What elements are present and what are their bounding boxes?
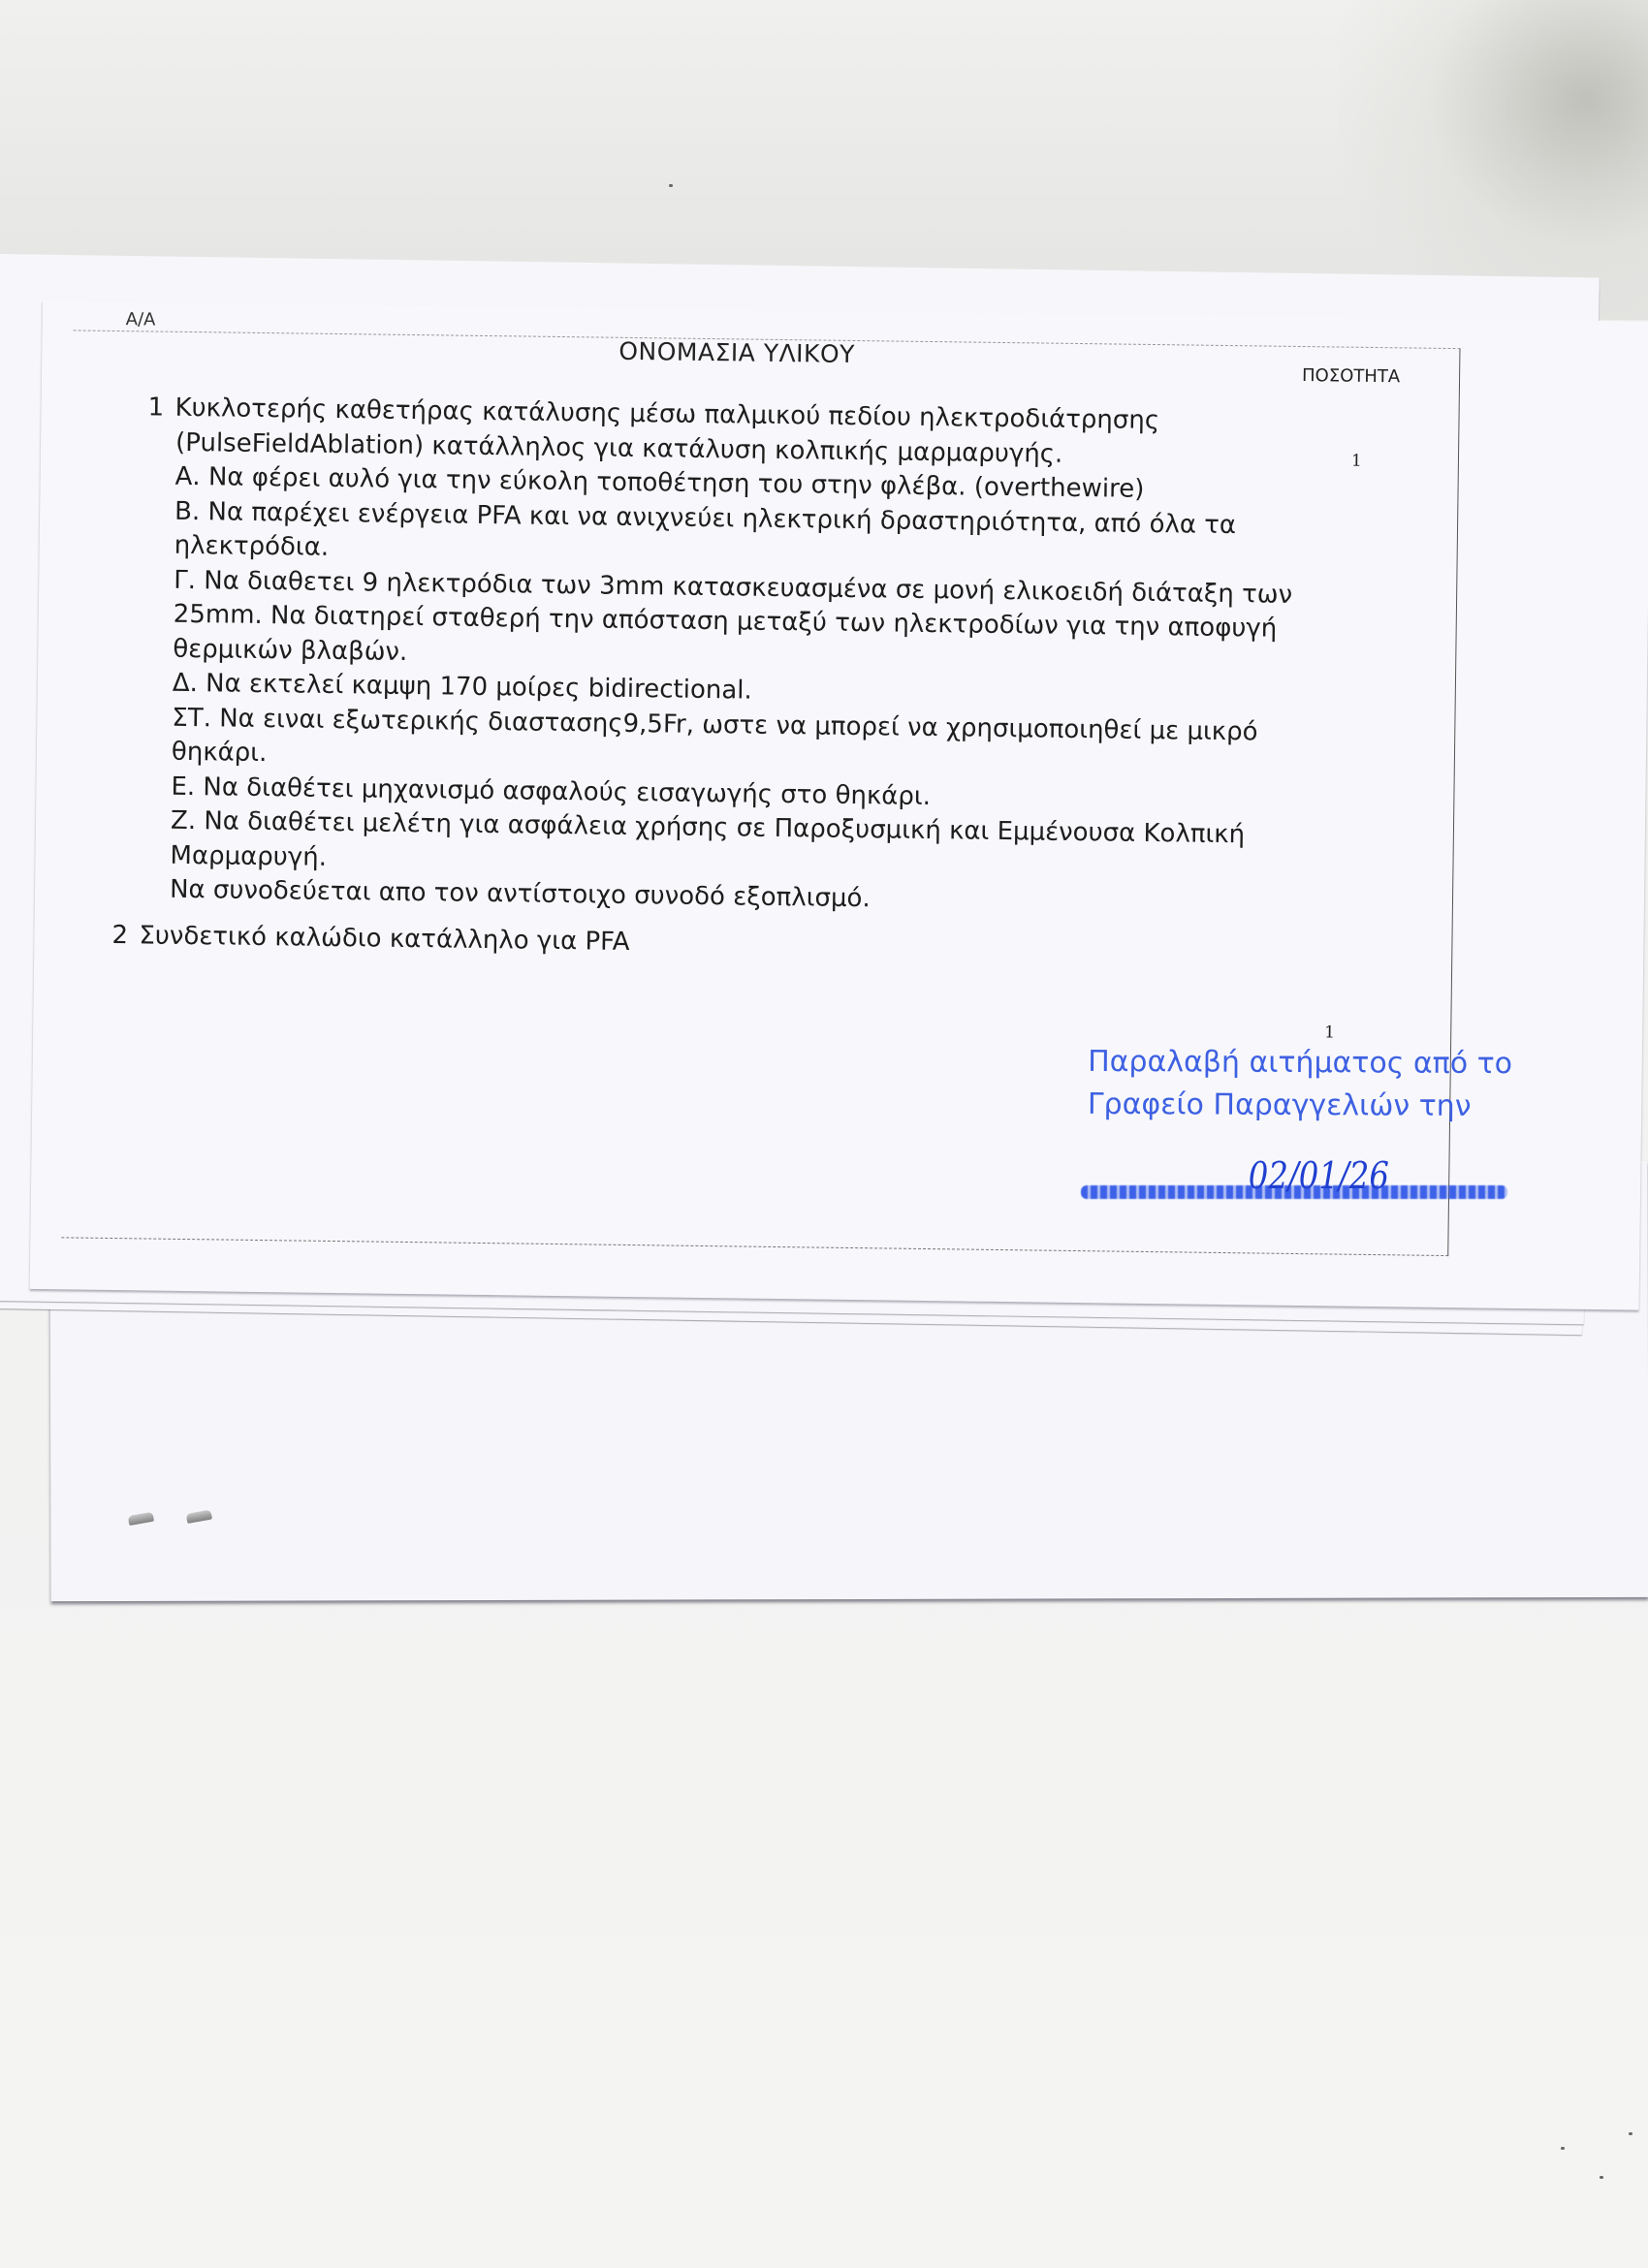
staple-mark — [128, 1512, 154, 1526]
index-column-header: Α/Α — [126, 309, 156, 330]
items-list: 1Κυκλοτερής καθετήρας κατάλυσης μέσω παλ… — [141, 391, 1272, 967]
receipt-stamp: Παραλαβή αιτήματος από το Γραφείο Παραγγ… — [1088, 1041, 1512, 1128]
stamp-line-1: Παραλαβή αιτήματος από το — [1088, 1041, 1512, 1086]
item-number: 1 — [147, 391, 174, 425]
item-number: 2 — [111, 918, 139, 953]
item-text-line: Συνδετικό καλώδιο κατάλληλο για PFA — [139, 921, 629, 957]
item-quantity: 1 — [1351, 452, 1362, 471]
dust-speck — [1600, 2176, 1603, 2179]
quantity-header: ΠΟΣΟΤΗΤΑ — [1302, 365, 1400, 387]
stamp-line-2: Γραφείο Παραγγελιών την — [1088, 1084, 1512, 1128]
document-page: Α/Α ΟΝΟΜΑΣΙΑ ΥΛΙΚΟΥ ΠΟΣΟΤΗΤΑ 1Κυκλοτερής… — [30, 300, 1648, 1310]
handwritten-date: 02/01/26 — [1249, 1154, 1389, 1197]
dust-speck — [1629, 2132, 1632, 2135]
stamp-date-area: 02/01/26 — [1081, 1168, 1517, 1211]
dust-speck — [669, 184, 673, 187]
dust-speck — [1561, 2147, 1565, 2150]
material-name-header: ΟΝΟΜΑΣΙΑ ΥΛΙΚΟΥ — [618, 337, 855, 368]
staple-mark — [186, 1510, 212, 1524]
item-quantity: 1 — [1324, 1023, 1335, 1042]
list-item: 1Κυκλοτερής καθετήρας κατάλυσης μέσω παλ… — [142, 391, 1273, 922]
